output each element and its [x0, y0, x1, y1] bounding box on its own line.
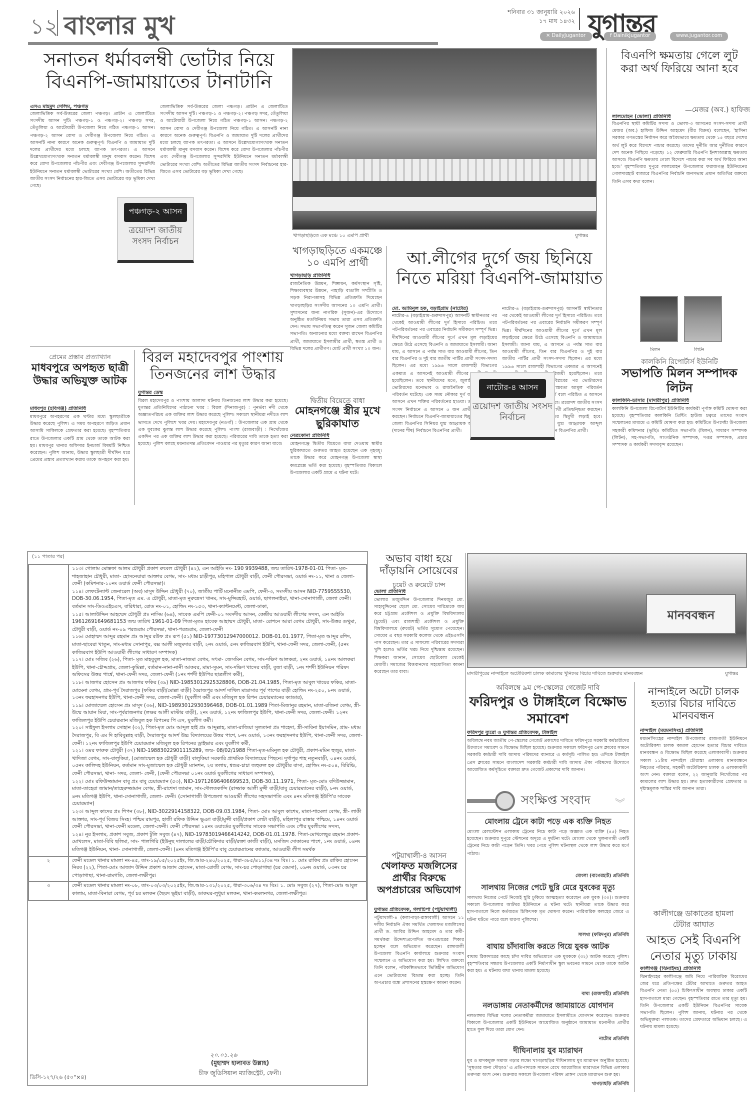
divider — [634, 682, 635, 1092]
social-twitter-link[interactable]: ✕ DailyJugantor — [540, 32, 592, 41]
photo-banner: মানববন্ধন — [646, 594, 736, 634]
brief-news-title: সংক্ষিপ্ত সংবাদ — [521, 792, 590, 812]
mohonganj-byline: নেত্রকোনা প্রতিনিধি — [290, 433, 370, 441]
brief-headline: মোংলায় ট্রেনে কাটা পড়ে এক ব্যক্তি নিহত — [467, 817, 629, 829]
kalkini-headline: সভাপতি মিলন সম্পাদক লিটন — [612, 366, 747, 396]
notice-entry: ১১৪। লেফটেন্যান্ট জেনারেল (অব) মাসুদ উদ্… — [72, 589, 363, 612]
notice-table: ১১৩। গোলাম মোস্তফা আলম চৌধুরী প্রকাশ রুব… — [28, 564, 367, 901]
divider — [30, 346, 290, 347]
brief-credit: নাটোর প্রতিনিধি — [467, 1035, 629, 1043]
notice-entry: ১১৫। আলাউদ্দিন আহম্মেদ চৌধুরী প্রঃ নাসিম… — [72, 612, 363, 635]
divider — [386, 246, 387, 392]
main-photo-credit: যুগান্তর — [575, 233, 588, 241]
social-facebook-link[interactable]: f DainikJugantor — [604, 32, 656, 41]
lead-headline: সনাতন ধর্মাবলম্বী ভোটার নিয়ে বিএনপি-জাম… — [30, 50, 288, 94]
notice-case-row: ৩ ফেনী মডেল থানার মামলা নং-০৮, তাং-০৩/০৩… — [29, 882, 367, 900]
photo-stripe — [293, 197, 596, 211]
header-rule — [28, 42, 438, 45]
brief-body: বাঘায় ঠিকাদারের কাছে চাঁদা দাবির অভিযোগ… — [467, 954, 629, 990]
kaliganj-body: ঝিনাইদহের কালীগঞ্জে জমি নিয়ে পারিবারিক … — [640, 974, 747, 1087]
brief-headline: দীঘিনালায় যুব ম্যারাথন — [467, 1046, 629, 1058]
pen-icon — [467, 799, 497, 803]
kalkini-body: কালকিনি উপজেলা রিপোর্টার্স ইউনিটির কার্য… — [612, 406, 747, 496]
nandail-headline: নান্দাইলে অটো চালক হত্যার বিচার দাবিতে ম… — [640, 686, 747, 722]
hafiz-body: বিএনপির স্থায়ী কমিটির সদস্য ও ভোলা-৩ আস… — [612, 121, 747, 289]
page-number-divider — [57, 10, 58, 36]
poyeb-byline: ভোলা প্রতিনিধি — [374, 589, 434, 597]
mohonganj-body: মোহনগঞ্জে দ্বিতীয় বিয়েতে বাধা দেওয়ায়… — [290, 441, 382, 503]
photo-label-milon: মিলন — [650, 347, 660, 355]
brief-headline: বাঘায় চাঁদাবাজি করতে গিয়ে যুবক আটক — [467, 942, 629, 954]
natore-headline: আ.লীগের দুর্গে জয় ছিনিয়ে নিতে মরিয়া ব… — [392, 250, 607, 289]
human-chain-photo: মানববন্ধন — [467, 553, 747, 668]
biral-headline: বিরল মহাদেবপুর পাংশায় তিনজনের লাশ উদ্ধা… — [138, 350, 288, 383]
pen-nib-icon — [495, 791, 515, 811]
khagrachari-byline: খাগড়াছড়ি প্রতিনিধি — [290, 273, 370, 281]
brief-credit: খাগড়াছড়ি প্রতিনিধি — [467, 1080, 629, 1088]
divider — [465, 553, 466, 1091]
poyeb-body: ভোলার তজুমদ্দিন উপজেলার দিনমজুর মো. সাহা… — [374, 597, 464, 772]
seat-label: নাটোর-৪ আসন — [479, 379, 546, 398]
brief-item: মোংলায় ট্রেনে কাটা পড়ে এক ব্যক্তি নিহত… — [467, 817, 629, 880]
notice-entry: ১১৬। মোহাম্মদ আব্দুর রহমান প্রঃ আব্দুর র… — [72, 634, 363, 657]
notice-entry: ১১৮। আজগর হোসেন প্রঃ আজগর ফকির (৩৯) NID-… — [72, 680, 363, 703]
madhabpur-body: মাধবপুরে অপহরণের এক ঘণ্টার মধ্যে স্কুলছা… — [30, 414, 130, 502]
patuakhali-body: পটুয়াখালী-৪ (কলাপাড়া-রাঙ্গাবালী) আসনে … — [374, 915, 464, 1087]
brief-headline: সালথায় নিজের পেটে ছুরি মেরে যুবকের মৃত্… — [467, 883, 629, 895]
khagrachari-headline: খাগড়াছড়িতে একমঞ্চে ১০ এমপি প্রার্থী — [290, 246, 385, 269]
poyeb-headline: অভাব বাধা হয়ে দাঁড়ায়নি সোয়েবের — [374, 553, 464, 577]
signatory-title: চীফ জুডিসিয়াল ম্যাজিস্ট্রেট, ফেনী। — [170, 1068, 310, 1079]
human-chain-caption: মাদারীপুরের নান্দাইলে অটোরিকশা চালক কামা… — [467, 671, 707, 679]
chevron-down-icon: ︾ — [615, 795, 625, 810]
brief-body: মোংলা রেলস্টেশন এলাকায় ট্রেনের নিচে কাট… — [467, 829, 629, 872]
madhabpur-headline: মাধবপুরে অপহৃত ছাত্রী উদ্ধার অভিযুক্ত আট… — [30, 362, 130, 388]
seat-label: পঞ্চগড়-২ আসন — [124, 203, 187, 222]
notice-entry: ১২০। সাইফুল ইসলাম সোহান (৩২), পিতা-মৃত ম… — [72, 725, 363, 748]
court-notice: (১১ পাতার পর) ১১৩। গোলাম মোস্তফা আলম চৌধ… — [27, 551, 368, 1086]
brief-item: নলডাঙ্গায় নেতাকর্মীদের জামায়াতে যোগদান… — [467, 1001, 629, 1043]
khagrachari-body: রাজনৈতিক উন্নয়ন, শিল্পায়ন, কর্মসংস্থান… — [290, 281, 382, 391]
election-title: ত্রয়োদশ জাতীয় সংসদ নির্বাচন — [118, 226, 193, 248]
biral-body: বিরল মহাদেবপুর ও পাংশায় আলাদা ঘটনায় তি… — [138, 398, 288, 504]
kaliganj-byline: কালীগঞ্জ (ঝিনাইদহ) প্রতিনিধি — [640, 966, 747, 974]
brief-headline: নলডাঙ্গায় নেতাকর্মীদের জামায়াতে যোগদান — [467, 1001, 629, 1013]
nandail-body: ময়মনসিংহের নান্দাইল উপজেলার রাজগাতী ইউন… — [640, 736, 747, 904]
notice-entry: ১২৩। আব্দুল কাদের প্রঃ শিপন (৩৮), NID-30… — [72, 809, 363, 832]
madhabpur-byline: মাধবপুর (হবিগঞ্জ) প্রতিনিধি — [30, 406, 130, 414]
issue-date: শনিবার ৩১ জানুয়ারি ২০২৬ ১৭ মাঘ ১৪৩২ — [470, 8, 575, 26]
notice-entry: ১২২। মোঃ রফিউজ্জামান বাবু প্রঃ বাবু চেয়… — [72, 779, 363, 809]
kalkini-byline: কালকিনি-ডাসার (মাদারীপুর) প্রতিনিধি — [612, 398, 747, 406]
faridpur-body: অবিলম্বে নবম জাতীয় পে-স্কেলের গেজেট প্র… — [467, 738, 629, 785]
notice-entry: ১১৩। গোলাম মোস্তফা আলম চৌধুরী প্রকাশ রুব… — [72, 566, 363, 589]
photo-table-cloth — [293, 159, 596, 181]
brief-body: যুব ও মাদকমুক্ত সমাজ গড়ার লক্ষ্যে খাগড়… — [467, 1058, 629, 1080]
newspaper-logo: যুগান্তর — [588, 4, 656, 48]
main-photo-khagrachari-candidates — [292, 48, 597, 230]
notice-entry: ১২৪। নুর ইসলাম, প্রকাশ সবুজ, প্রকাশ টুলি… — [72, 832, 363, 855]
header-divider — [579, 8, 580, 30]
brief-body: নলডাঙ্গায় বিভিন্ন দলের নেতাকর্মীরা জামা… — [467, 1013, 629, 1035]
patuakhali-byline: যুগান্তর প্রতিবেদক, গলাচিপা (পটুয়াখালী) — [374, 907, 464, 915]
faridpur-headline: ফরিদপুর ও টাঙ্গাইলে বিক্ষোভ সমাবেশ — [467, 694, 629, 728]
ad-code: ডিসি-১২৭/২৬ (৫০"×৪) — [30, 1075, 86, 1083]
human-chain-credit: যুগান্তর — [725, 671, 738, 679]
notice-entry: ১১৯। মোজাম্মেল হোসেন প্রঃ মাসুদ (৩৬), NI… — [72, 703, 363, 726]
faridpur-kicker: অবিলম্বে ৯ম পে-স্কেলের গেজেট দাবি — [467, 682, 629, 694]
natore-election-box: নাটোর-৪ আসন ত্রয়োদশ জাতীয় সংসদ নির্বাচ… — [470, 372, 555, 440]
issue-date-gregorian: শনিবার ৩১ জানুয়ারি ২০২৬ — [470, 8, 575, 17]
photo-liton — [684, 296, 722, 342]
photo-milon — [640, 296, 678, 342]
notice-entry: ১২১। ওমর ফারুক চৌধুরী (৩৭) NID-198830229… — [72, 748, 363, 778]
brief-news-banner: সংক্ষিপ্ত সংবাদ ︾ — [467, 790, 629, 812]
photo-stripe — [293, 181, 596, 197]
brief-credit: সালথা (ফরিদপুর) প্রতিনিধি — [467, 931, 629, 939]
kaliganj-headline: আহত সেই বিএনপি নেতার মৃত্যু ঢাকায় — [640, 932, 747, 964]
mohonganj-headline: মোহনগঞ্জে স্ত্রীর মুখে ছুরিকাঘাত — [290, 405, 385, 431]
faridpur-byline: ফরিদপুর ব্যুরো ও যুগান্তর প্রতিবেদক, টাঙ… — [467, 730, 627, 738]
website-link[interactable]: www.jugantor.com — [670, 32, 728, 41]
issue-date-bengali: ১৭ মাঘ ১৪৩২ — [470, 17, 575, 26]
notice-case-row: ২ ফেনী মডেল থানার মামলা নং-৪৫, তাং-১৯/০৫… — [29, 856, 367, 882]
brief-body: সালথায় নিজের পেটে নিজেই ছুরি ঢুকিয়ে আত… — [467, 895, 629, 931]
lead-election-box: পঞ্চগড়-২ আসন ত্রয়োদশ জাতীয় সংসদ নির্ব… — [117, 197, 194, 263]
nandail-byline: নান্দাইল (ময়মনসিংহ) প্রতিনিধি — [640, 728, 747, 736]
notice-continued: (১১ পাতার পর) — [28, 552, 367, 564]
main-photo-caption: খাগড়াছড়িতে এক মঞ্চে ১০ এমপি প্রার্থী — [293, 233, 493, 241]
divider — [606, 48, 607, 508]
hafiz-headline: বিএনপি ক্ষমতায় গেলে লুট করা অর্থ ফিরিয়… — [612, 50, 747, 75]
brief-item: সালথায় নিজের পেটে ছুরি মেরে যুবকের মৃত্… — [467, 883, 629, 939]
election-title: ত্রয়োদশ জাতীয় সংসদ নির্বাচন — [471, 402, 554, 424]
notice-entry: ১১৭। মোঃ সজিব (২৬), পিতা- মৃত মাহবুবুল হ… — [72, 657, 363, 680]
patuakhali-headline: খেলাফত মজলিসের প্রার্থীর বিরুদ্ধে অপপ্রচ… — [374, 861, 464, 897]
brief-credit: মোংলা (বাগেরহাট) প্রতিনিধি — [467, 872, 629, 880]
biral-byline: যুগান্তর ডেস্ক — [138, 390, 198, 398]
notice-row-1: ১১৩। গোলাম মোস্তফা আলম চৌধুরী প্রকাশ রুব… — [29, 565, 367, 857]
brief-news-list: মোংলায় ট্রেনে কাটা পড়ে এক ব্যক্তি নিহত… — [467, 817, 629, 1088]
kaliganj-kicker2: টেটার আঘাত — [640, 920, 747, 932]
brief-item: বাঘায় চাঁদাবাজি করতে গিয়ে যুবক আটক বাঘ… — [467, 942, 629, 998]
divider — [134, 350, 135, 505]
photo-label-liton: লিটন — [694, 347, 704, 355]
brief-item: দীঘিনালায় যুব ম্যারাথন যুব ও মাদকমুক্ত … — [467, 1046, 629, 1088]
brief-credit: বাঘা (রাজশাহী) প্রতিনিধি — [467, 990, 629, 998]
